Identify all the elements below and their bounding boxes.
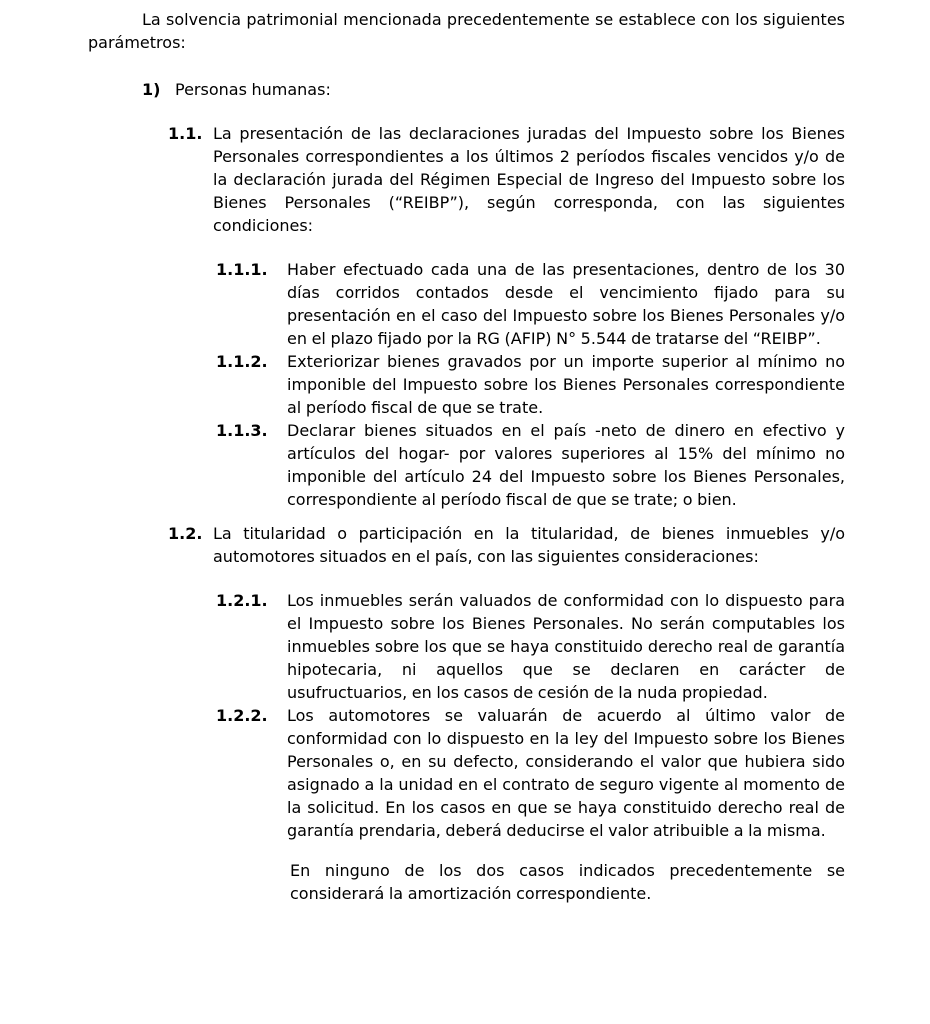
item-number-1: 1): [142, 78, 175, 101]
item-number-1-1: 1.1.: [168, 122, 213, 145]
item-number-1-1-3: 1.1.3.: [216, 419, 287, 442]
item-number-1-1-2: 1.1.2.: [216, 350, 287, 373]
intro-paragraph: La solvencia patrimonial mencionada prec…: [88, 8, 845, 54]
document-page: La solvencia patrimonial mencionada prec…: [0, 0, 930, 1024]
item-text-1: Personas humanas:: [175, 78, 845, 101]
item-text-1-2: La titularidad o participación en la tit…: [213, 522, 845, 568]
list-item-1-1-3: 1.1.3. Declarar bienes situados en el pa…: [216, 419, 845, 511]
list-item-1-1-1: 1.1.1. Haber efectuado cada una de las p…: [216, 258, 845, 350]
item-text-1-1: La presentación de las declaraciones jur…: [213, 122, 845, 237]
list-item-1-2-2: 1.2.2. Los automotores se valuarán de ac…: [216, 704, 845, 842]
list-item-1-2: 1.2. La titularidad o participación en l…: [168, 522, 845, 568]
item-number-1-1-1: 1.1.1.: [216, 258, 287, 281]
item-text-1-2-2: Los automotores se valuarán de acuerdo a…: [287, 704, 845, 842]
item-number-1-2-2: 1.2.2.: [216, 704, 287, 727]
list-item-1-2-1: 1.2.1. Los inmuebles serán valuados de c…: [216, 589, 845, 704]
closing-paragraph: En ninguno de los dos casos indicados pr…: [290, 859, 845, 905]
item-text-1-1-2: Exteriorizar bienes gravados por un impo…: [287, 350, 845, 419]
item-text-1-1-3: Declarar bienes situados en el país -net…: [287, 419, 845, 511]
item-number-1-2-1: 1.2.1.: [216, 589, 287, 612]
item-text-1-2-1: Los inmuebles serán valuados de conformi…: [287, 589, 845, 704]
item-number-1-2: 1.2.: [168, 522, 213, 545]
item-text-1-1-1: Haber efectuado cada una de las presenta…: [287, 258, 845, 350]
list-item-1: 1) Personas humanas:: [142, 78, 845, 101]
list-item-1-1: 1.1. La presentación de las declaracione…: [168, 122, 845, 237]
list-item-1-1-2: 1.1.2. Exteriorizar bienes gravados por …: [216, 350, 845, 419]
